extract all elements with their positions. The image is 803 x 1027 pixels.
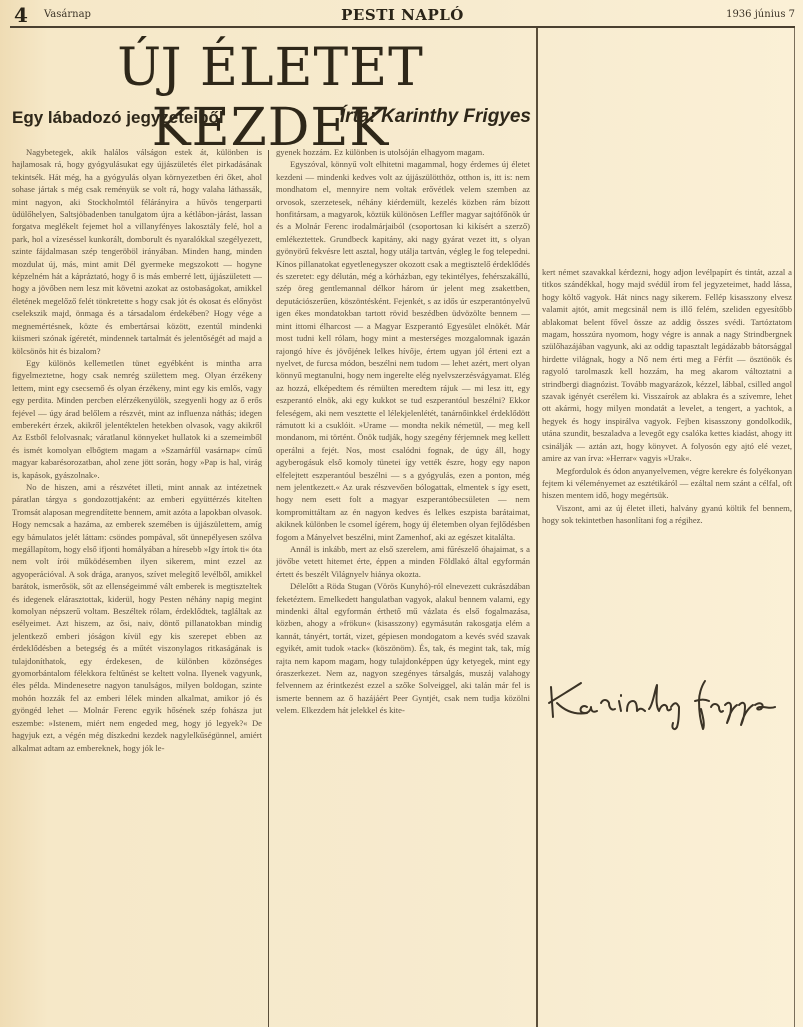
paragraph: Egy különös kellemetlen tünet egyébként …: [12, 357, 262, 481]
column-divider-middle: [268, 150, 269, 1027]
article-byline: Írta: Karinthy Frigyes: [340, 106, 531, 128]
paragraph: Viszont, ami az új életet illeti, halván…: [542, 502, 792, 527]
newspaper-name: PESTI NAPLÓ: [10, 6, 795, 24]
article-column-1: Nagybetegek, akik halálos válságon estek…: [12, 146, 262, 1024]
page-right-edge: [794, 28, 795, 1027]
issue-date: 1936 június 7: [726, 9, 795, 20]
paragraph: Annál is inkább, mert az első szerelem, …: [276, 543, 530, 580]
paragraph: kert német szavakkal kérdezni, hogy adjo…: [542, 266, 792, 465]
paragraph: Délelőtt a Röda Stugan (Vörös Kunyhó)-ró…: [276, 580, 530, 716]
signature-icon: [545, 673, 795, 733]
masthead: 4 Vasárnap PESTI NAPLÓ 1936 június 7: [10, 2, 795, 26]
paragraph: Egyszóval, könnyű volt elhitetni magamma…: [276, 158, 530, 543]
paragraph: No de hiszen, ami a részvétet illeti, mi…: [12, 481, 262, 754]
article-subtitle: Egy lábadozó jegyzeteiből: [12, 108, 224, 128]
article-column-2: gyenek hozzám. Ez különben is utolsóján …: [276, 146, 530, 1024]
author-signature: [545, 673, 795, 733]
paragraph: Nagybetegek, akik halálos válságon estek…: [12, 146, 262, 357]
article-headline: ÚJ ÉLETET KEZDEK: [8, 38, 533, 158]
newspaper-page: 4 Vasárnap PESTI NAPLÓ 1936 június 7 ÚJ …: [0, 0, 803, 1027]
masthead-rule: [10, 26, 795, 28]
paragraph: gyenek hozzám. Ez különben is utolsóján …: [276, 146, 530, 158]
article-column-3: kert német szavakkal kérdezni, hogy adjo…: [542, 266, 792, 674]
paragraph: Megfordulok és ódon anyanyelvemen, végre…: [542, 465, 792, 502]
column-divider-right: [536, 28, 538, 1027]
